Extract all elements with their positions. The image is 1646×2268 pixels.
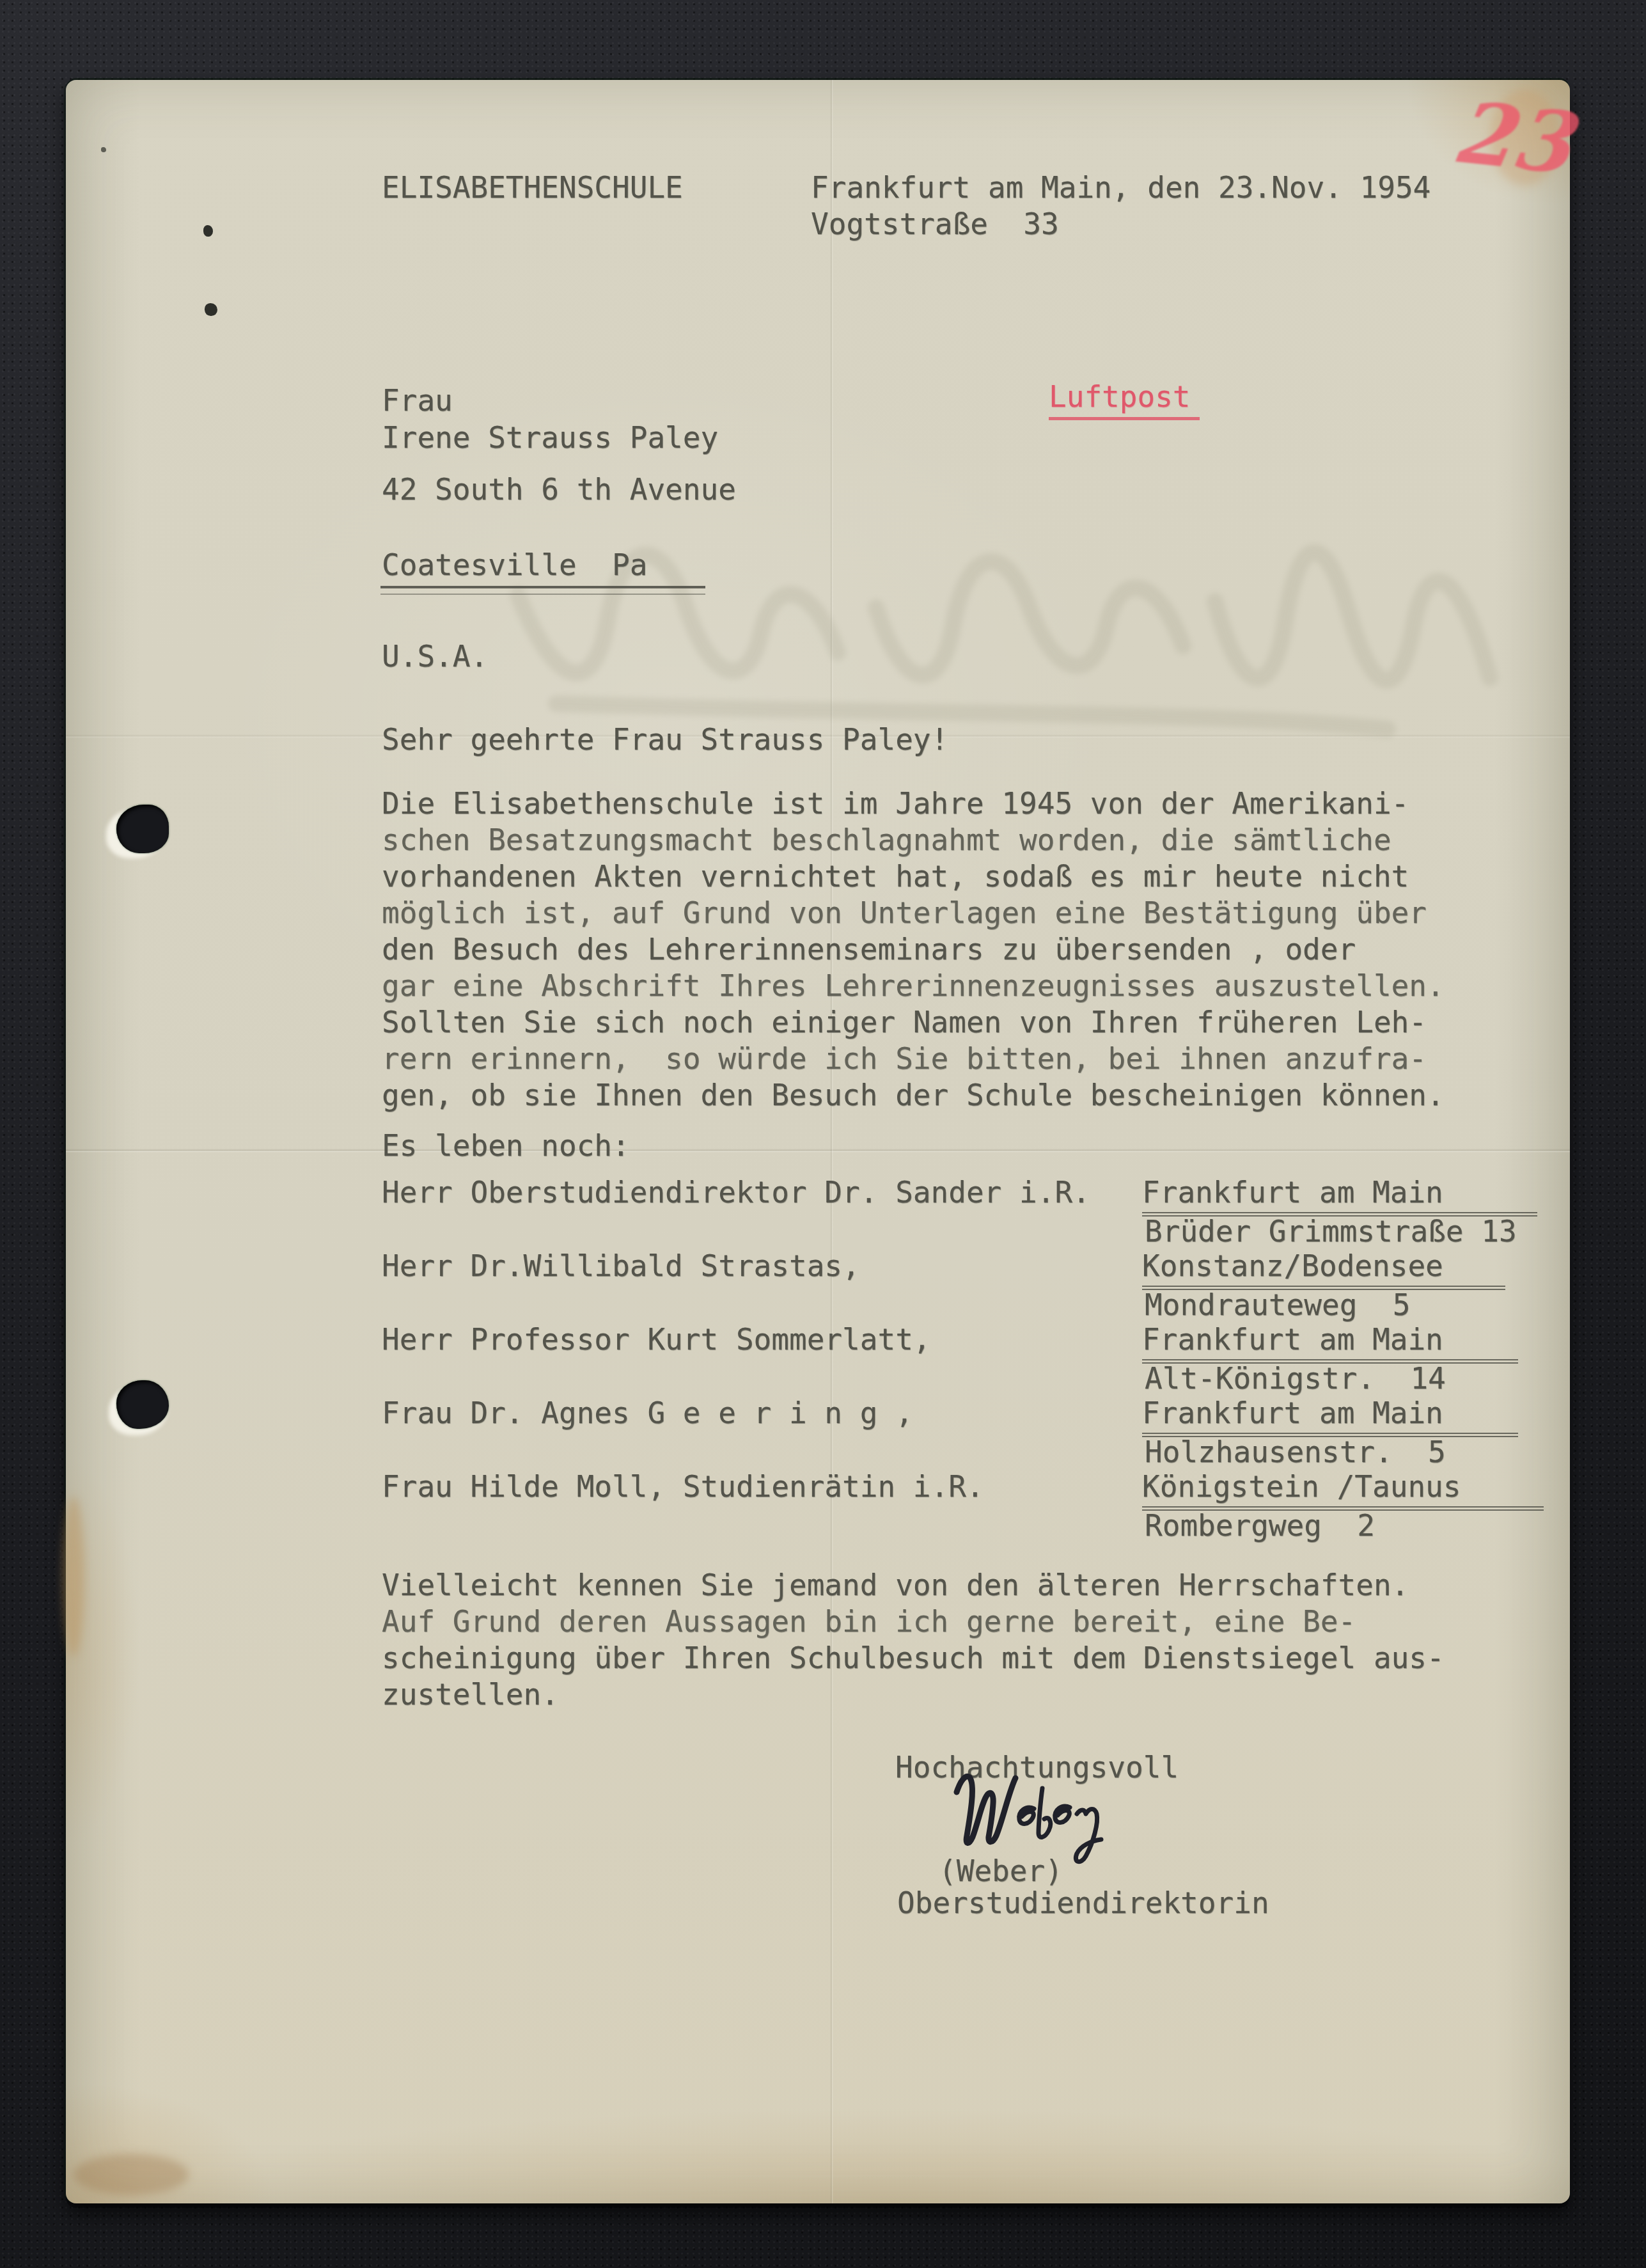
- contact-city: Frankfurt am Main: [1142, 1321, 1518, 1364]
- paragraph1-line: Die Elisabethenschule ist im Jahre 1945 …: [382, 785, 1409, 822]
- contact-city: Konstanz/Bodensee: [1142, 1248, 1505, 1290]
- paragraph2-line: Sollten Sie sich noch einiger Namen von …: [382, 1004, 1427, 1041]
- paragraph3-line: zustellen.: [382, 1676, 559, 1713]
- contact-street: Mondrauteweg 5: [1145, 1287, 1410, 1323]
- contact-name: Frau Hilde Moll, Studienrätin i.R.: [382, 1469, 984, 1504]
- signature-title: Oberstudiendirektorin: [897, 1885, 1269, 1921]
- recipient-line-3: 42 South 6 th Avenue: [382, 471, 736, 508]
- paragraph3-line: Auf Grund deren Aussagen bin ich gerne b…: [382, 1603, 1356, 1640]
- contact-name: Frau Dr. Agnes G e e r i n g ,: [382, 1396, 913, 1430]
- contact-city: Königstein /Taunus: [1142, 1469, 1544, 1511]
- contact-name: Herr Professor Kurt Sommerlatt,: [382, 1322, 931, 1357]
- ink-speck: [101, 147, 106, 152]
- paragraph1-line: möglich ist, auf Grund von Unterlagen ei…: [382, 895, 1427, 931]
- contact-city-text: Frankfurt am Main: [1142, 1321, 1518, 1364]
- contact-name: Herr Dr.Willibald Strastas,: [382, 1248, 860, 1283]
- vertical-fold-crease: [830, 80, 833, 2203]
- recipient-line-4: Coatesville Pa: [382, 547, 647, 583]
- punch-hole-void: [116, 805, 169, 853]
- paragraph1-line: schen Besatzungsmacht beschlagnahmt word…: [382, 822, 1391, 858]
- contact-row: Herr Dr.Willibald Strastas,: [382, 1248, 860, 1284]
- contact-street: Rombergweg 2: [1145, 1508, 1375, 1544]
- contact-street: Alt-Königstr. 14: [1145, 1360, 1446, 1397]
- luftpost-label: Luftpost: [1049, 379, 1200, 415]
- contact-city-text: Frankfurt am Main: [1142, 1395, 1518, 1437]
- sender-street: Vogtstraße 33: [811, 206, 1059, 242]
- contact-city-text: Frankfurt am Main: [1142, 1174, 1537, 1217]
- contact-city-text: Königstein /Taunus: [1142, 1469, 1544, 1511]
- bleed-through-ghost-writing: [396, 486, 1516, 761]
- list-intro: Es leben noch:: [382, 1128, 630, 1164]
- paragraph3-line: scheinigung über Ihren Schulbesuch mit d…: [382, 1640, 1445, 1676]
- contact-row: Herr Professor Kurt Sommerlatt,: [382, 1321, 931, 1358]
- recipient-line-5: U.S.A.: [382, 638, 488, 675]
- paragraph3-line: Vielleicht kennen Sie jemand von den ält…: [382, 1567, 1409, 1603]
- contact-city: Frankfurt am Main: [1142, 1395, 1518, 1437]
- ink-speck: [205, 303, 217, 316]
- contact-row: Frau Hilde Moll, Studienrätin i.R.: [382, 1469, 984, 1505]
- recipient-line-2: Irene Strauss Paley: [382, 420, 718, 456]
- punch-hole: [116, 1380, 178, 1435]
- salutation: Sehr geehrte Frau Strauss Paley!: [382, 721, 948, 758]
- paragraph1-line: gar eine Abschrift Ihres Lehrerinnenzeug…: [382, 968, 1445, 1004]
- recipient-line-1: Frau: [382, 382, 453, 419]
- letter-paper-sheet: [66, 80, 1570, 2203]
- paragraph2-line: gen, ob sie Ihnen den Besuch der Schule …: [382, 1077, 1445, 1114]
- punch-hole: [116, 805, 178, 860]
- ink-speck: [203, 225, 213, 237]
- paragraph1-line: den Besuch des Lehrerinnenseminars zu üb…: [382, 931, 1356, 968]
- contact-street: Brüder Grimmstraße 13: [1145, 1213, 1517, 1250]
- scanned-letter-page: 23 ELISABETHENSCHULE Frankfurt am Main, …: [0, 0, 1646, 2268]
- contact-row: Frau Dr. Agnes G e e r i n g ,: [382, 1395, 913, 1431]
- contact-city: Frankfurt am Main: [1142, 1174, 1537, 1217]
- punch-hole-void: [116, 1380, 169, 1429]
- paragraph1-line: vorhandenen Akten vernichtet hat, sodaß …: [382, 858, 1409, 895]
- horizontal-fold-crease: [66, 1149, 1570, 1153]
- paragraph2-line: rern erinnern, so würde ich Sie bitten, …: [382, 1041, 1427, 1077]
- luftpost-label-text: Luftpost: [1049, 379, 1200, 420]
- paper-stain: [63, 1497, 84, 1657]
- signature-typed-name: (Weber): [939, 1853, 1063, 1889]
- contact-city-text: Konstanz/Bodensee: [1142, 1248, 1505, 1290]
- address-underline: [380, 586, 705, 595]
- contact-row: Herr Oberstudiendirektor Dr. Sander i.R.: [382, 1174, 1090, 1211]
- contact-street: Holzhausenstr. 5: [1145, 1434, 1446, 1470]
- place-and-date: Frankfurt am Main, den 23.Nov. 1954: [811, 169, 1430, 206]
- paper-stain: [74, 2154, 189, 2195]
- contact-name: Herr Oberstudiendirektor Dr. Sander i.R.: [382, 1175, 1090, 1209]
- school-name: ELISABETHENSCHULE: [382, 169, 683, 206]
